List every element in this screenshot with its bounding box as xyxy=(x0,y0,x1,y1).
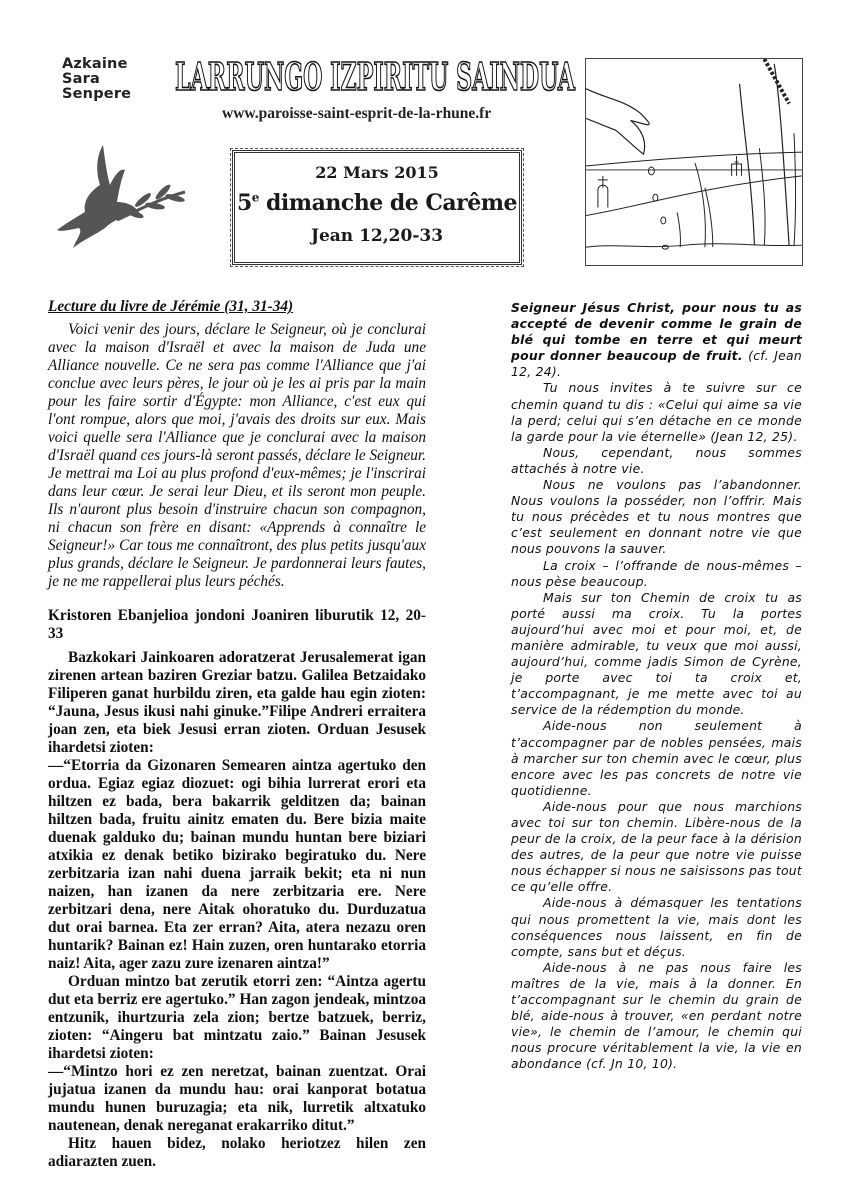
first-reading-title: Lecture du livre de Jérémie (31, 31-34) xyxy=(48,298,426,316)
gospel-paragraph: Hitz hauen bidez, nolako heriotzez hilen… xyxy=(48,1135,426,1171)
prayer-paragraph: Nous, cependant, nous sommes attachés à … xyxy=(511,445,802,477)
prayer-paragraph: La croix – l’offrande de nous-mêmes – no… xyxy=(511,558,802,590)
gospel-paragraph: —“Etorria da Gizonaren Semearen aintza a… xyxy=(48,757,426,973)
sower-hand-wheat-field-illustration xyxy=(585,58,803,266)
prayer-paragraph: Mais sur ton Chemin de croix tu as porté… xyxy=(511,590,802,719)
prayer-paragraph: Aide-nous à ne pas nous faire les maître… xyxy=(511,960,802,1073)
village-name: Sara xyxy=(62,72,131,87)
date-box: 22 Mars 2015 5e dimanche de Carême Jean … xyxy=(232,150,522,265)
date: 22 Mars 2015 xyxy=(235,163,519,182)
prayer-paragraph: Tu nous invites à te suivre sur ce chemi… xyxy=(511,380,802,444)
website-link[interactable]: www.paroisse-saint-esprit-de-la-rhune.fr xyxy=(222,105,491,123)
gospel-reference: Jean 12,20-33 xyxy=(235,226,519,246)
prayer-intro: Seigneur Jésus Christ, pour nous tu as a… xyxy=(511,300,802,380)
masthead-title: LARRUNGO IZPIRITU SAINDUA xyxy=(170,50,580,100)
gospel-paragraph: —“Mintzo hori ez zen neretzat, bainan zu… xyxy=(48,1063,426,1135)
prayer-paragraph: Aide-nous non seulement à t’accompagner … xyxy=(511,718,802,798)
first-reading-text: Voici venir des jours, déclare le Seigne… xyxy=(48,321,426,591)
village-name: Azkaine xyxy=(62,57,131,72)
gospel-title: Kristoren Ebanjelioa jondoni Joaniren li… xyxy=(48,607,426,643)
prayer-paragraph: Aide-nous pour que nous marchions avec t… xyxy=(511,799,802,896)
left-column: Lecture du livre de Jérémie (31, 31-34) … xyxy=(48,298,426,1171)
gospel-paragraph: Orduan mintzo bat zerutik etorri zen: “A… xyxy=(48,973,426,1063)
dove-with-olive-branch-icon xyxy=(55,140,195,250)
liturgical-sunday: 5e dimanche de Carême xyxy=(235,190,519,216)
sunday-number: 5 xyxy=(237,190,252,216)
right-column-prayer: Seigneur Jésus Christ, pour nous tu as a… xyxy=(511,300,802,1073)
sunday-label: dimanche de Carême xyxy=(259,190,517,216)
prayer-paragraph: Nous ne voulons pas l’abandonner. Nous v… xyxy=(511,477,802,557)
prayer-paragraph: Aide-nous à démasquer les tentations qui… xyxy=(511,895,802,959)
gospel-paragraph: Bazkokari Jainkoaren adoratzerat Jerusal… xyxy=(48,649,426,757)
masthead-text: LARRUNGO IZPIRITU SAINDUA xyxy=(175,54,575,99)
village-name: Senpere xyxy=(62,87,131,102)
sunday-suffix: e xyxy=(252,191,259,205)
parish-villages: Azkaine Sara Senpere xyxy=(62,57,131,102)
